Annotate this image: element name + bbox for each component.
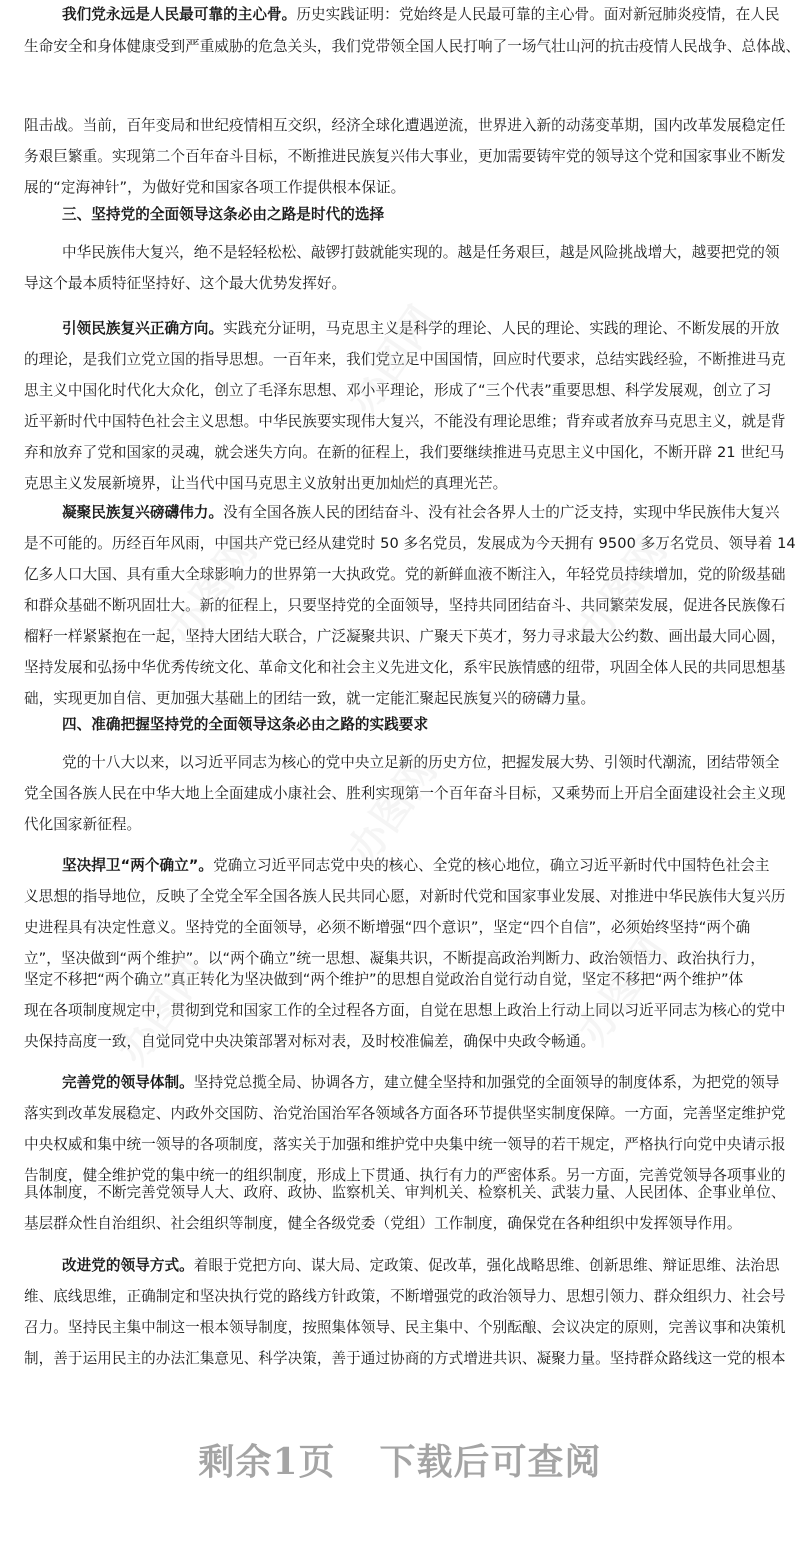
line-text: 具体制度，不断完善党领导人大、政府、政协、监察机关、审判机关、检察机关、武装力量… — [24, 1184, 785, 1201]
line-text: 央保持高度一致，自觉同党中央决策部署对标对表，及时校准偏差，确保中央政令畅通。 — [24, 1033, 595, 1050]
line-text: 思主义中国化时代化大众化，创立了毛泽东思想、邓小平理论，形成了“三个代表”重要思… — [24, 382, 771, 399]
paragraph-line: 落实到改革发展稳定、内政外交国防、治党治国治军各领域各方面各环节提供坚实制度保障… — [24, 1104, 776, 1124]
paragraph-line: 坚持发展和弘扬中华优秀传统文化、革命文化和社会主义先进文化，系牢民族情感的纽带，… — [24, 658, 776, 678]
paragraph-line: 央保持高度一致，自觉同党中央决策部署对标对表，及时校准偏差，确保中央政令畅通。 — [24, 1032, 776, 1052]
line-text: 克思主义发展新境界，让当代中国马克思主义放射出更加灿烂的真理光芒。 — [24, 475, 507, 492]
line-text: 和群众基础不断巩固壮大。新的征程上，只要坚持党的全面领导，坚持共同团结奋斗、共同… — [24, 597, 785, 614]
paragraph-line: 维、底线思维，正确制定和坚决执行党的路线方针政策，不断增强党的政治领导力、思想引… — [24, 1287, 776, 1307]
line-text: 中央权威和集中统一领导的各项制度，落实关于加强和维护党中央集中统一领导的若干规定… — [24, 1136, 785, 1153]
paragraph-line: 坚决捍卫“两个确立”。党确立习近平同志党中央的核心、全党的核心地位，确立习近平新… — [62, 856, 776, 876]
line-text: 是不可能的。历经百年风雨，中国共产党已经从建党时 50 多名党员，发展成为今天拥… — [24, 535, 796, 552]
download-to-view-label[interactable]: 下载后可查阅 — [380, 1434, 602, 1485]
lead-phrase: 完善党的领导体制。 — [62, 1074, 194, 1091]
paragraph-line: 立”，坚决做到“两个维护”。以“两个确立”统一思想、凝集共识，不断提高政治判断力… — [24, 949, 776, 969]
line-text: 立”，坚决做到“两个维护”。以“两个确立”统一思想、凝集共识，不断提高政治判断力… — [24, 950, 765, 967]
paragraph-line: 改进党的领导方式。着眼于党把方向、谋大局、定政策、促改革，强化战略思维、创新思维… — [62, 1256, 776, 1276]
paragraph-line: 党全国各族人民在中华大地上全面建成小康社会、胜利实现第一个百年奋斗目标，又乘势而… — [24, 784, 776, 804]
paragraph-line: 和群众基础不断巩固壮大。新的征程上，只要坚持党的全面领导，坚持共同团结奋斗、共同… — [24, 596, 776, 616]
paragraph-line: 近平新时代中国特色社会主义思想。中华民族要实现伟大复兴，不能没有理论思维；背弃或… — [24, 412, 776, 432]
paragraph-line: 召力。坚持民主集中制这一根本领导制度，按照集体领导、民主集中、个别酝酿、会议决定… — [24, 1318, 776, 1338]
line-text: 代化国家新征程。 — [24, 816, 141, 833]
line-text: 榴籽一样紧紧抱在一起，坚持大团结大联合，广泛凝聚共识、广聚天下英才，努力寻求最大… — [24, 628, 785, 645]
line-text: 务艰巨繁重。实现第二个百年奋斗目标，不断推进民族复兴伟大事业，更加需要铸牢党的领… — [24, 148, 785, 165]
paragraph-line: 克思主义发展新境界，让当代中国马克思主义放射出更加灿烂的真理光芒。 — [24, 474, 776, 494]
line-text: 着眼于党把方向、谋大局、定政策、促改革，强化战略思维、创新思维、辩证思维、法治思 — [194, 1257, 780, 1274]
paragraph-line: 务艰巨繁重。实现第二个百年奋斗目标，不断推进民族复兴伟大事业，更加需要铸牢党的领… — [24, 147, 776, 167]
section-heading: 四、准确把握坚持党的全面领导这条必由之路的实践要求 — [62, 715, 776, 735]
paragraph-line: 是不可能的。历经百年风雨，中国共产党已经从建党时 50 多名党员，发展成为今天拥… — [24, 534, 776, 554]
paragraph-line: 导这个最本质特征坚持好、这个最大优势发挥好。 — [24, 274, 776, 294]
line-text: 党全国各族人民在中华大地上全面建成小康社会、胜利实现第一个百年奋斗目标，又乘势而… — [24, 785, 785, 802]
lead-phrase: 我们党永远是人民最可靠的主心骨。 — [62, 6, 296, 23]
line-text: 的理论，是我们立党立国的指导思想。一百年来，我们党立足中国国情，回应时代要求，总… — [24, 351, 785, 368]
paragraph-line: 我们党永远是人民最可靠的主心骨。历史实践证明：党始终是人民最可靠的主心骨。面对新… — [62, 5, 776, 25]
line-text: 坚持党总揽全局、协调各方，建立健全坚持和加强党的全面领导的制度体系，为把党的领导 — [194, 1074, 780, 1091]
line-text: 落实到改革发展稳定、内政外交国防、治党治国治军各领域各方面各环节提供坚实制度保障… — [24, 1105, 785, 1122]
paragraph-line: 中华民族伟大复兴，绝不是轻轻松松、敲锣打鼓就能实现的。越是任务艰巨，越是风险挑战… — [62, 243, 776, 263]
paragraph-line: 义思想的指导地位，反映了全党全军全国各族人民共同心愿，对新时代党和国家事业发展、… — [24, 887, 776, 907]
line-text: 亿多人口大国、具有重大全球影响力的世界第一大执政党。党的新鲜血液不断注入，年轻党… — [24, 566, 785, 583]
heading-text: 三、坚持党的全面领导这条必由之路是时代的选择 — [62, 206, 384, 223]
line-text: 实践充分证明，马克思主义是科学的理论、人民的理论、实践的理论、不断发展的开放 — [223, 320, 779, 337]
line-text: 导这个最本质特征坚持好、这个最大优势发挥好。 — [24, 275, 346, 292]
line-text: 党的十八大以来，以习近平同志为核心的党中央立足新的历史方位，把握发展大势、引领时… — [62, 754, 780, 771]
paragraph-line: 凝聚民族复兴磅礴伟力。没有全国各族人民的团结奋斗、没有社会各界人士的广泛支持，实… — [62, 503, 776, 523]
line-text: 展的“定海神针”，为做好党和国家各项工作提供根本保证。 — [24, 179, 405, 196]
line-text: 近平新时代中国特色社会主义思想。中华民族要实现伟大复兴，不能没有理论思维；背弃或… — [24, 413, 785, 430]
line-text: 生命安全和身体健康受到严重威胁的危急关头，我们党带领全国人民打响了一场气壮山河的… — [24, 38, 800, 55]
paragraph-line: 弃和放弃了党和国家的灵魂，就会迷失方向。在新的征程上，我们要继续推进马克思主义中… — [24, 443, 776, 463]
line-text: 坚定不移把“两个确立”真正转化为坚决做到“两个维护”的思想自觉政治自觉行动自觉，… — [24, 971, 743, 988]
paragraph-line: 制，善于运用民主的办法汇集意见、科学决策，善于通过协商的方式增进共识、凝聚力量。… — [24, 1349, 776, 1369]
line-text: 制，善于运用民主的办法汇集意见、科学决策，善于通过协商的方式增进共识、凝聚力量。… — [24, 1350, 785, 1367]
paragraph-line: 现在各项制度规定中，贯彻到党和国家工作的全过程各方面，自觉在思想上政治上行动上同… — [24, 1001, 776, 1021]
paragraph-line: 阻击战。当前，百年变局和世纪疫情相互交织，经济全球化遭遇逆流，世界进入新的动荡变… — [24, 116, 776, 136]
line-text: 弃和放弃了党和国家的灵魂，就会迷失方向。在新的征程上，我们要继续推进马克思主义中… — [24, 444, 784, 461]
paragraph-line: 思主义中国化时代化大众化，创立了毛泽东思想、邓小平理论，形成了“三个代表”重要思… — [24, 381, 776, 401]
paragraph-line: 完善党的领导体制。坚持党总揽全局、协调各方，建立健全坚持和加强党的全面领导的制度… — [62, 1073, 776, 1093]
lead-phrase: 坚决捍卫“两个确立”。 — [62, 857, 213, 874]
paragraph-line: 代化国家新征程。 — [24, 815, 776, 835]
paragraph-line: 础，实现更加自信、更加强大基础上的团结一致，就一定能汇聚起民族复兴的磅礴力量。 — [24, 689, 776, 709]
paragraph-line: 坚定不移把“两个确立”真正转化为坚决做到“两个维护”的思想自觉政治自觉行动自觉，… — [24, 970, 776, 990]
line-text: 召力。坚持民主集中制这一根本领导制度，按照集体领导、民主集中、个别酝酿、会议决定… — [24, 1319, 785, 1336]
paragraph-line: 生命安全和身体健康受到严重威胁的危急关头，我们党带领全国人民打响了一场气壮山河的… — [24, 37, 776, 57]
paragraph-line: 中央权威和集中统一领导的各项制度，落实关于加强和维护党中央集中统一领导的若干规定… — [24, 1135, 776, 1155]
line-text: 史进程具有决定性意义。坚持党的全面领导，必须不断增强“四个意识”，坚定“四个自信… — [24, 919, 750, 936]
paragraph-line: 亿多人口大国、具有重大全球影响力的世界第一大执政党。党的新鲜血液不断注入，年轻党… — [24, 565, 776, 585]
line-text: 维、底线思维，正确制定和坚决执行党的路线方针政策，不断增强党的政治领导力、思想引… — [24, 1288, 785, 1305]
lead-phrase: 改进党的领导方式。 — [62, 1257, 194, 1274]
paragraph-line: 榴籽一样紧紧抱在一起，坚持大团结大联合，广泛凝聚共识、广聚天下英才，努力寻求最大… — [24, 627, 776, 647]
line-text: 没有全国各族人民的团结奋斗、没有社会各界人士的广泛支持，实现中华民族伟大复兴 — [223, 504, 779, 521]
lead-phrase: 凝聚民族复兴磅礴伟力。 — [62, 504, 223, 521]
lead-phrase: 引领民族复兴正确方向。 — [62, 320, 223, 337]
paragraph-line: 具体制度，不断完善党领导人大、政府、政协、监察机关、审判机关、检察机关、武装力量… — [24, 1183, 776, 1203]
paragraph-line: 基层群众性自治组织、社会组织等制度，健全各级党委（党组）工作制度，确保党在各种组… — [24, 1214, 776, 1234]
download-prompt[interactable]: 剩余1页下载后可查阅 — [0, 1434, 800, 1485]
paragraph-line: 党的十八大以来，以习近平同志为核心的党中央立足新的历史方位，把握发展大势、引领时… — [62, 753, 776, 773]
line-text: 中华民族伟大复兴，绝不是轻轻松松、敲锣打鼓就能实现的。越是任务艰巨，越是风险挑战… — [62, 244, 780, 261]
paragraph-line: 引领民族复兴正确方向。实践充分证明，马克思主义是科学的理论、人民的理论、实践的理… — [62, 319, 776, 339]
heading-text: 四、准确把握坚持党的全面领导这条必由之路的实践要求 — [62, 716, 428, 733]
line-text: 坚持发展和弘扬中华优秀传统文化、革命文化和社会主义先进文化，系牢民族情感的纽带，… — [24, 659, 785, 676]
line-text: 础，实现更加自信、更加强大基础上的团结一致，就一定能汇聚起民族复兴的磅礴力量。 — [24, 690, 595, 707]
remaining-pages-label[interactable]: 剩余1页 — [198, 1434, 335, 1485]
line-text: 阻击战。当前，百年变局和世纪疫情相互交织，经济全球化遭遇逆流，世界进入新的动荡变… — [24, 117, 785, 134]
line-text: 告制度，健全维护党的集中统一的组织制度，形成上下贯通、执行有力的严密体系。另一方… — [24, 1167, 785, 1184]
line-text: 历史实践证明：党始终是人民最可靠的主心骨。面对新冠肺炎疫情，在人民 — [296, 6, 779, 23]
paragraph-line: 史进程具有决定性意义。坚持党的全面领导，必须不断增强“四个意识”，坚定“四个自信… — [24, 918, 776, 938]
paragraph-line: 的理论，是我们立党立国的指导思想。一百年来，我们党立足中国国情，回应时代要求，总… — [24, 350, 776, 370]
line-text: 现在各项制度规定中，贯彻到党和国家工作的全过程各方面，自觉在思想上政治上行动上同… — [24, 1002, 785, 1019]
line-text: 党确立习近平同志党中央的核心、全党的核心地位，确立习近平新时代中国特色社会主 — [213, 857, 769, 874]
section-heading: 三、坚持党的全面领导这条必由之路是时代的选择 — [62, 205, 776, 225]
paragraph-line: 展的“定海神针”，为做好党和国家各项工作提供根本保证。 — [24, 178, 776, 198]
line-text: 基层群众性自治组织、社会组织等制度，健全各级党委（党组）工作制度，确保党在各种组… — [24, 1215, 742, 1232]
line-text: 义思想的指导地位，反映了全党全军全国各族人民共同心愿，对新时代党和国家事业发展、… — [24, 888, 785, 905]
